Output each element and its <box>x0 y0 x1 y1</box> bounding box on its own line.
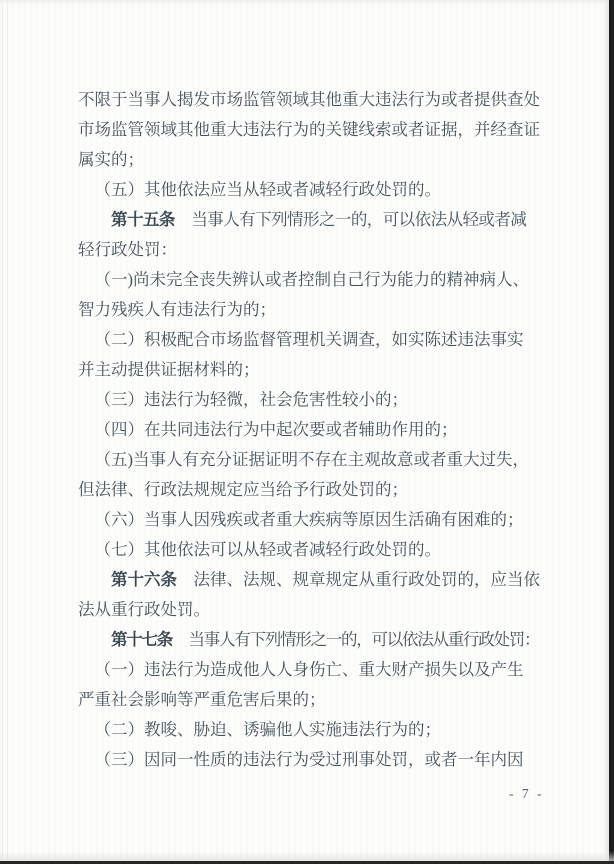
text-line: 第十六条法律、法规、规章规定从重行政处罚的，应当依 <box>78 565 556 595</box>
line-text: （二）积极配合市场监督管理机关调查，如实陈述违法事实 <box>95 330 524 349</box>
line-text: （一)尚未完全丧失辨认或者控制自己行为能力的精神病人、 <box>95 270 530 289</box>
line-text: 当事人有下列情形之一的，可以依法从轻或者减 <box>191 210 526 229</box>
line-text: 智力残疾人有违法行为的； <box>78 300 276 319</box>
line-text: 法律、法规、规章规定从重行政处罚的，应当依 <box>194 570 541 589</box>
line-text: （三）违法行为轻微，社会危害性较小的； <box>95 390 409 409</box>
text-line: 第十七条当事人有下列情形之一的，可以依法从重行政处罚： <box>78 625 556 655</box>
document-body: 不限于当事人揭发市场监管领域其他重大违法行为或者提供查处市场监管领域其他重大违法… <box>78 85 556 775</box>
scan-edge-right-band <box>609 0 614 864</box>
text-line: 不限于当事人揭发市场监管领域其他重大违法行为或者提供查处 <box>78 85 556 115</box>
scan-edge-top <box>0 0 614 5</box>
line-text: 市场监管领域其他重大违法行为的关键线索或者证据，并经查证 <box>78 120 540 139</box>
line-text: 轻行政处罚： <box>78 240 177 259</box>
scan-edge-left-line-2 <box>7 0 8 864</box>
text-line: （一)尚未完全丧失辨认或者控制自己行为能力的精神病人、 <box>78 265 556 295</box>
page-number: - 7 - <box>509 786 544 802</box>
text-line: 属实的； <box>78 145 556 175</box>
text-line: （三）因同一性质的违法行为受过刑事处罚，或者一年内因 <box>78 745 556 775</box>
text-line: 轻行政处罚： <box>78 235 556 265</box>
text-line: 市场监管领域其他重大违法行为的关键线索或者证据，并经查证 <box>78 115 556 145</box>
line-text: 但法律、行政法规规定应当给予行政处罚的； <box>78 480 408 499</box>
line-text: （五)当事人有充分证据证明不存在主观故意或者重大过失， <box>95 450 530 469</box>
line-text: （三）因同一性质的违法行为受过刑事处罚，或者一年内因 <box>95 750 524 769</box>
line-text: 当事人有下列情形之一的，可以依法从重行政处罚： <box>189 630 540 649</box>
text-line: （二）积极配合市场监督管理机关调查，如实陈述违法事实 <box>78 325 556 355</box>
text-line: 法从重行政处罚。 <box>78 595 556 625</box>
line-text: （七）其他依法可以从轻或者减轻行政处罚的。 <box>95 540 442 559</box>
text-line: （一）违法行为造成他人人身伤亡、重大财产损失以及产生 <box>78 655 556 685</box>
line-text: （五）其他依法应当从轻或者减轻行政处罚的。 <box>95 180 442 199</box>
line-text: 并主动提供证据材料的； <box>78 360 260 379</box>
scan-edge-right-shadow <box>602 0 609 864</box>
text-line: 严重社会影响等严重危害后果的； <box>78 685 556 715</box>
text-line: （六）当事人因残疾或者重大疾病等原因生活确有困难的； <box>78 505 556 535</box>
scan-edge-left-line <box>2 0 3 864</box>
article-heading: 第十五条 <box>111 210 175 229</box>
text-line: （二）教唆、胁迫、诱骗他人实施违法行为的； <box>78 715 556 745</box>
text-line: （七）其他依法可以从轻或者减轻行政处罚的。 <box>78 535 556 565</box>
line-text: （六）当事人因残疾或者重大疾病等原因生活确有困难的； <box>95 510 524 529</box>
line-text: （二）教唆、胁迫、诱骗他人实施违法行为的； <box>95 720 442 739</box>
text-line: 但法律、行政法规规定应当给予行政处罚的； <box>78 475 556 505</box>
line-text: 属实的； <box>78 150 144 169</box>
text-line: 第十五条当事人有下列情形之一的，可以依法从轻或者减 <box>78 205 556 235</box>
text-line: （三）违法行为轻微，社会危害性较小的； <box>78 385 556 415</box>
scan-edge-bottom-shadow <box>0 851 614 861</box>
article-heading: 第十七条 <box>111 630 172 649</box>
line-text: 法从重行政处罚。 <box>78 600 210 619</box>
line-text: 不限于当事人揭发市场监管领域其他重大违法行为或者提供查处 <box>78 90 540 109</box>
line-text: 严重社会影响等严重危害后果的； <box>78 690 326 709</box>
text-line: 并主动提供证据材料的； <box>78 355 556 385</box>
line-text: （一）违法行为造成他人人身伤亡、重大财产损失以及产生 <box>95 660 524 679</box>
text-line: （五)当事人有充分证据证明不存在主观故意或者重大过失， <box>78 445 556 475</box>
article-heading: 第十六条 <box>111 570 177 589</box>
line-text: （四）在共同违法行为中起次要或者辅助作用的； <box>95 420 458 439</box>
text-line: （五）其他依法应当从轻或者减轻行政处罚的。 <box>78 175 556 205</box>
scanned-document-page: { "document": { "language": "zh-CN", "pa… <box>0 0 614 864</box>
text-line: （四）在共同违法行为中起次要或者辅助作用的； <box>78 415 556 445</box>
text-line: 智力残疾人有违法行为的； <box>78 295 556 325</box>
